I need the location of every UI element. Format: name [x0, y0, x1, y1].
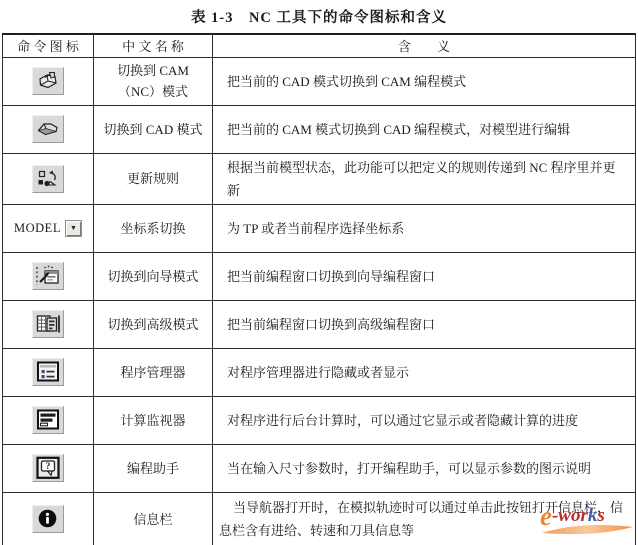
command-meaning: 当导航器打开时，在模拟轨迹时可以通过单击此按钮打开信息栏，信息栏含有进给、转速和… [213, 492, 636, 545]
header-meaning: 含 义 [213, 34, 636, 57]
svg-text:?: ? [46, 462, 51, 472]
page-title: 表 1-3 NC 工具下的命令图标和含义 [0, 6, 638, 27]
model-dropdown-label: MODEL [14, 221, 61, 236]
command-icon-cell [3, 348, 94, 396]
command-name: 坐标系切换 [94, 204, 213, 252]
command-meaning: 为 TP 或者当前程序选择坐标系 [213, 204, 636, 252]
command-name: 编程助手 [94, 444, 213, 492]
command-name: 切换到向导模式 [94, 252, 213, 300]
wizard-mode-icon [32, 262, 64, 290]
table-row: 切换到 CAD 模式把当前的 CAM 模式切换到 CAD 编程模式，对模型进行编… [3, 105, 636, 153]
header-chinese-name: 中 文 名 称 [94, 34, 213, 57]
table-row: 切换到高级模式把当前编程窗口切换到高级编程窗口 [3, 300, 636, 348]
table-row: 切换到向导模式把当前编程窗口切换到向导编程窗口 [3, 252, 636, 300]
table-row: 更新规则根据当前模型状态，此功能可以把定义的规则传递到 NC 程序里并更新 [3, 153, 636, 204]
advanced-mode-icon [32, 310, 64, 338]
command-name: 程序管理器 [94, 348, 213, 396]
command-name: 信息栏 [94, 492, 213, 545]
table-row: 信息栏当导航器打开时，在模拟轨迹时可以通过单击此按钮打开信息栏，信息栏含有进给、… [3, 492, 636, 545]
update-rules-icon [32, 165, 64, 193]
command-icon-cell [3, 492, 94, 545]
command-icon-cell: MODEL ▼ [3, 204, 94, 252]
command-icon-cell [3, 105, 94, 153]
command-icon-cell [3, 396, 94, 444]
model-coordinate-dropdown: MODEL ▼ [14, 220, 82, 237]
table-row: 切换到 CAM（NC）模式把当前的 CAD 模式切换到 CAM 编程模式 [3, 57, 636, 105]
command-meaning: 把当前编程窗口切换到向导编程窗口 [213, 252, 636, 300]
command-name: 切换到 CAD 模式 [94, 105, 213, 153]
command-meaning: 根据当前模型状态，此功能可以把定义的规则传递到 NC 程序里并更新 [213, 153, 636, 204]
program-manager-icon [32, 358, 64, 386]
command-icon-cell [3, 153, 94, 204]
command-meaning: 对程序管理器进行隐藏或者显示 [213, 348, 636, 396]
header-row: 命 令 图 标 中 文 名 称 含 义 [3, 34, 636, 57]
nc-commands-table: 命 令 图 标 中 文 名 称 含 义 切换到 CAM（NC）模式把当前的 CA… [2, 33, 636, 545]
compute-monitor-icon [32, 406, 64, 434]
table-row: 计算监视器对程序进行后台计算时，可以通过它显示或者隐藏计算的进度 [3, 396, 636, 444]
command-meaning: 把当前的 CAM 模式切换到 CAD 编程模式，对模型进行编辑 [213, 105, 636, 153]
cad-mode-icon [32, 115, 64, 143]
command-name: 切换到高级模式 [94, 300, 213, 348]
assistant-icon: ? [32, 454, 64, 482]
command-name: 计算监视器 [94, 396, 213, 444]
command-meaning: 把当前的 CAD 模式切换到 CAM 编程模式 [213, 57, 636, 105]
chevron-down-icon: ▼ [70, 225, 77, 232]
command-icon-cell: ? [3, 444, 94, 492]
table-row: MODEL ▼ 坐标系切换为 TP 或者当前程序选择坐标系 [3, 204, 636, 252]
command-icon-cell [3, 252, 94, 300]
command-meaning: 把当前编程窗口切换到高级编程窗口 [213, 300, 636, 348]
command-meaning: 对程序进行后台计算时，可以通过它显示或者隐藏计算的进度 [213, 396, 636, 444]
command-name: 更新规则 [94, 153, 213, 204]
command-name: 切换到 CAM（NC）模式 [94, 57, 213, 105]
command-icon-cell [3, 57, 94, 105]
table-row: ? 编程助手当在输入尺寸参数时，打开编程助手，可以显示参数的图示说明 [3, 444, 636, 492]
cam-nc-mode-icon [32, 67, 64, 95]
dropdown-button: ▼ [65, 220, 82, 237]
header-command-icon: 命 令 图 标 [3, 34, 94, 57]
info-icon [32, 505, 64, 533]
command-meaning: 当在输入尺寸参数时，打开编程助手，可以显示参数的图示说明 [213, 444, 636, 492]
table-row: 程序管理器对程序管理器进行隐藏或者显示 [3, 348, 636, 396]
command-icon-cell [3, 300, 94, 348]
